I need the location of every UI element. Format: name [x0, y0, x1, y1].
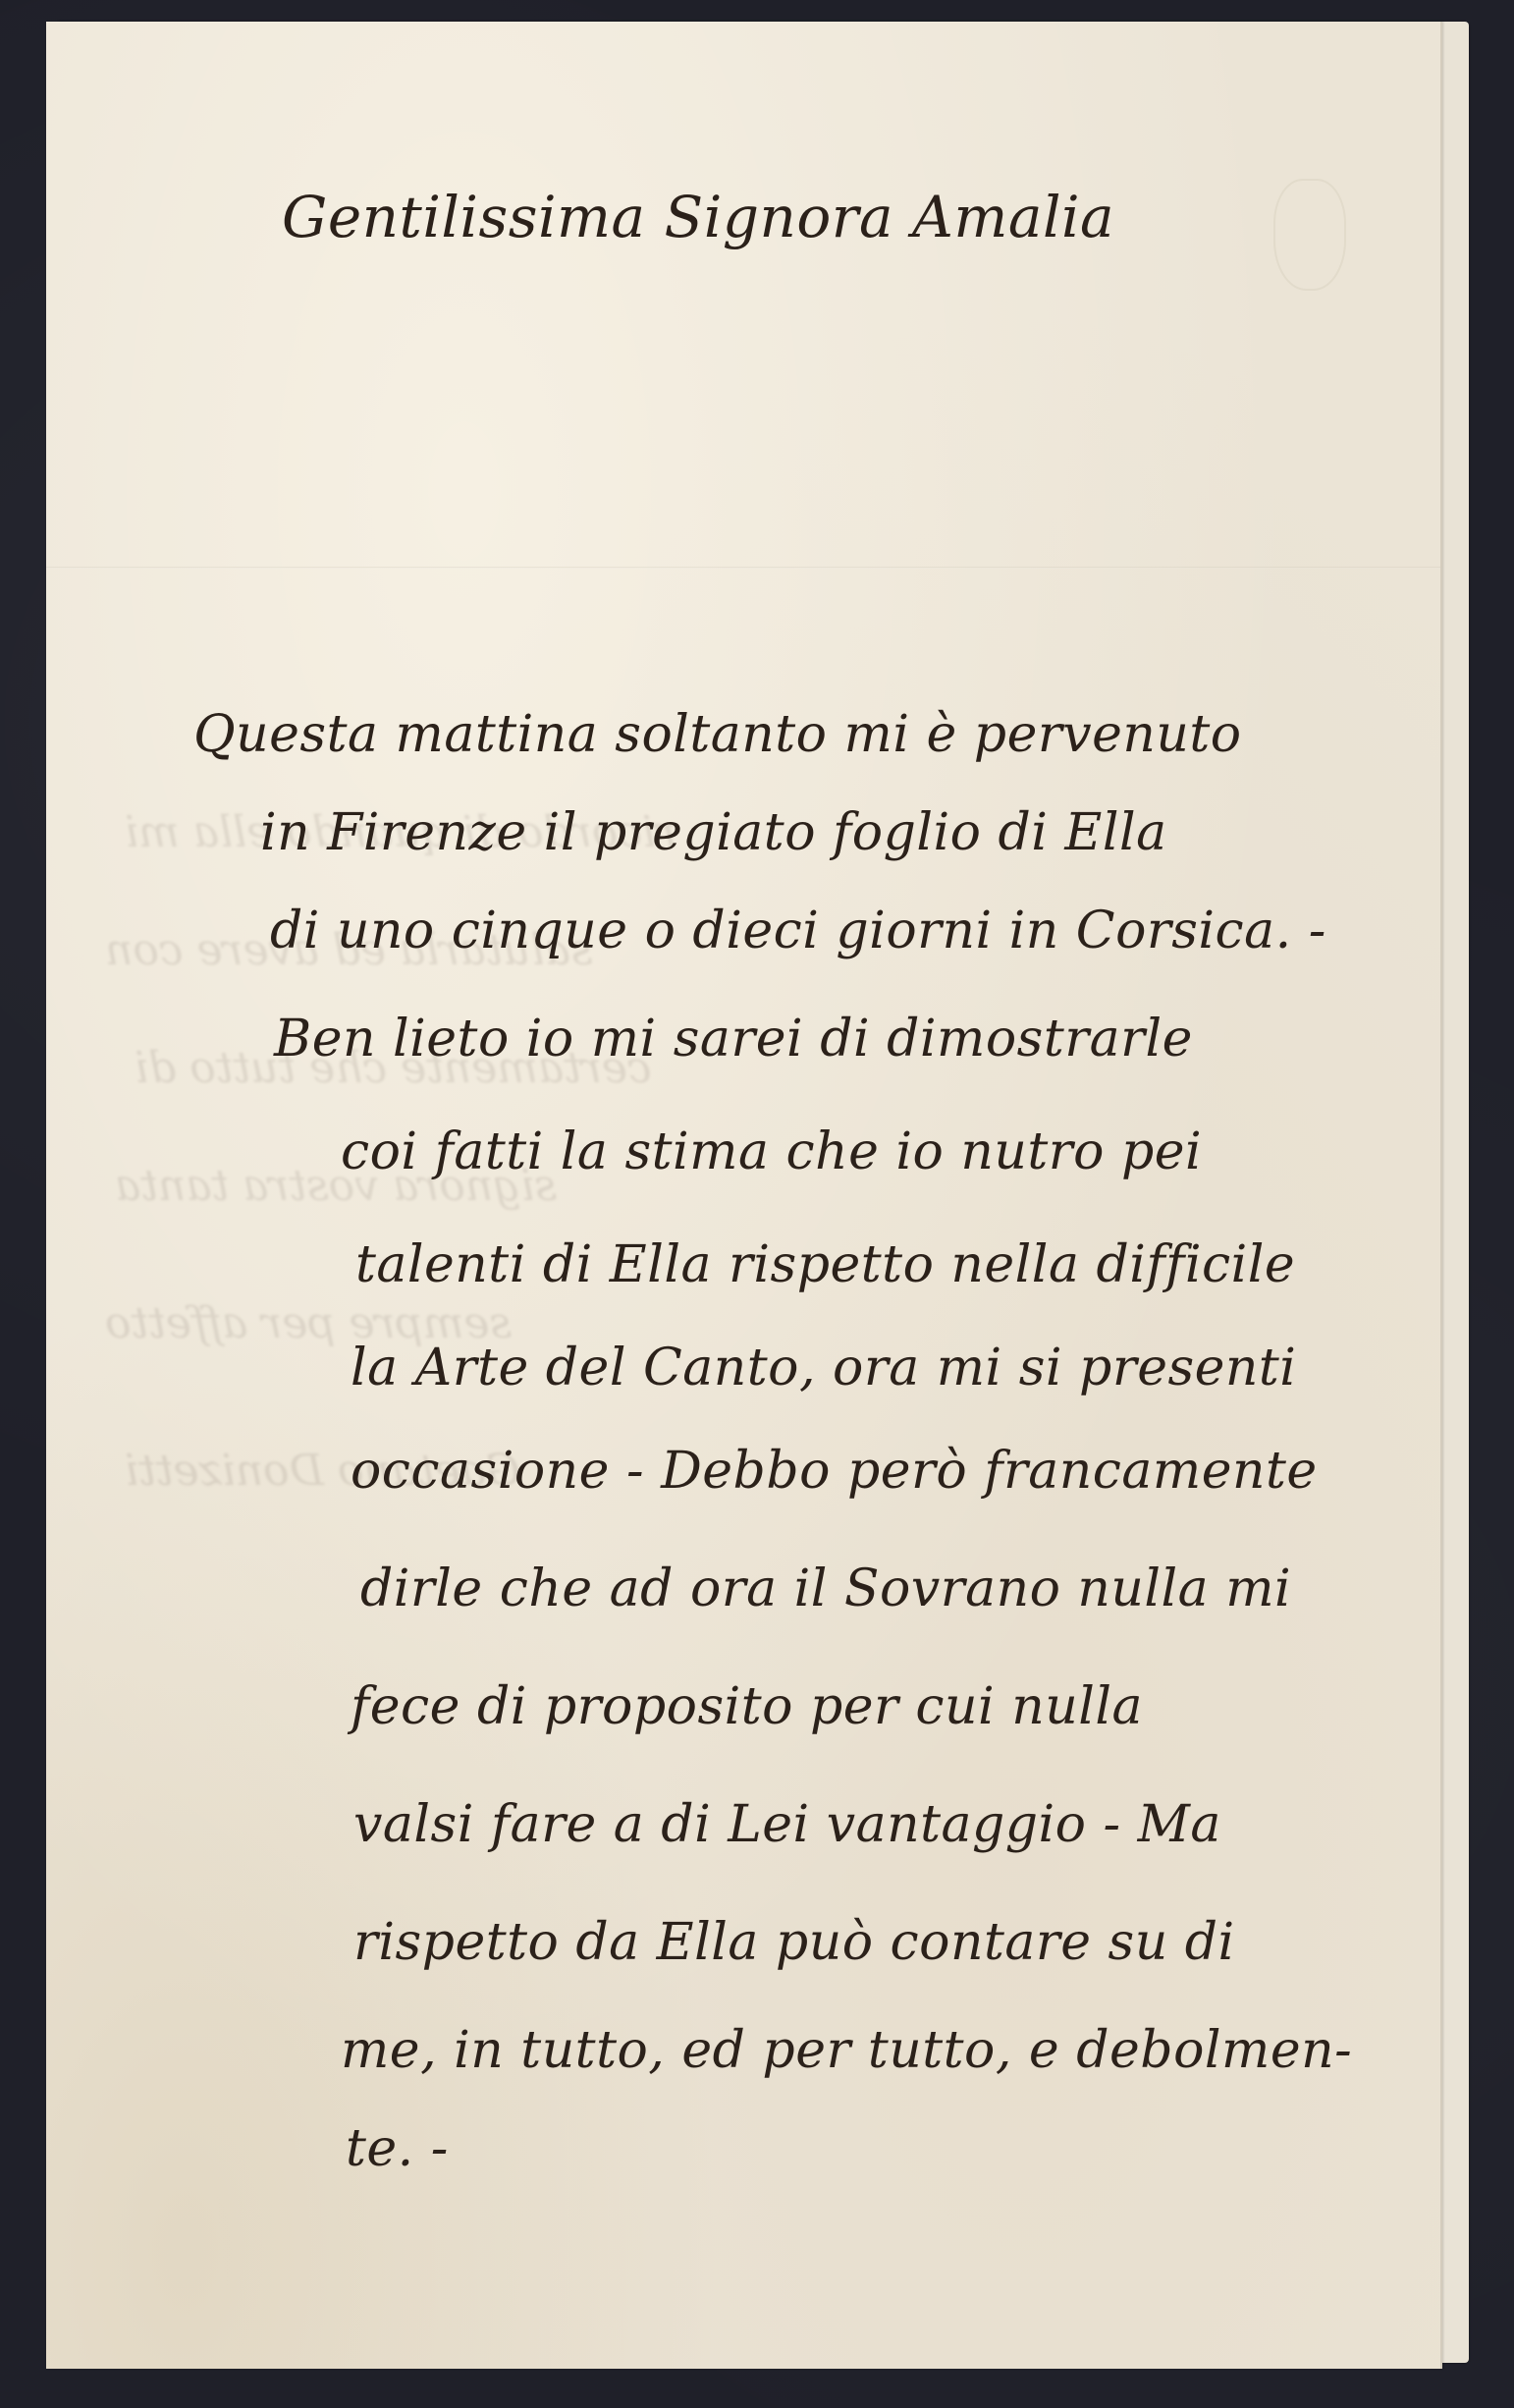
letter-line: fece di proposito per cui nulla [351, 1681, 1143, 1732]
letter-line: la Arte del Canto, ora mi si presenti [351, 1342, 1296, 1394]
letter-line: me, in tutto, ed per tutto, e debolmen- [341, 2025, 1352, 2076]
letter-line: di uno cinque o dieci giorni in Corsica.… [270, 905, 1326, 957]
letter-page: ricordo di quando ella mi salutarla ed a… [46, 22, 1442, 2369]
letter-line: talenti di Ella rispetto nella difficile [355, 1239, 1295, 1290]
letter-line: coi fatti la stima che io nutro pei [341, 1126, 1202, 1177]
letter-line: valsi fare a di Lei vantaggio - Ma [353, 1799, 1221, 1850]
fold-line [46, 567, 1440, 569]
letter-line: Questa mattina soltanto mi è pervenuto [193, 709, 1242, 760]
letter-line: Ben lieto io mi sarei di dimostrarle [274, 1013, 1193, 1065]
salutation: Gentilissima Signora Amalia [282, 184, 1114, 250]
letter-line: occasione - Debbo però francamente [351, 1446, 1318, 1497]
blind-stamp-mark [1273, 179, 1346, 291]
letter-line: in Firenze il pregiato foglio di Ella [260, 807, 1167, 858]
letter-line: dirle che ad ora il Sovrano nulla mi [360, 1563, 1291, 1614]
letter-line: rispetto da Ella può contare su di [353, 1917, 1235, 1968]
letter-line: te. - [346, 2123, 449, 2174]
